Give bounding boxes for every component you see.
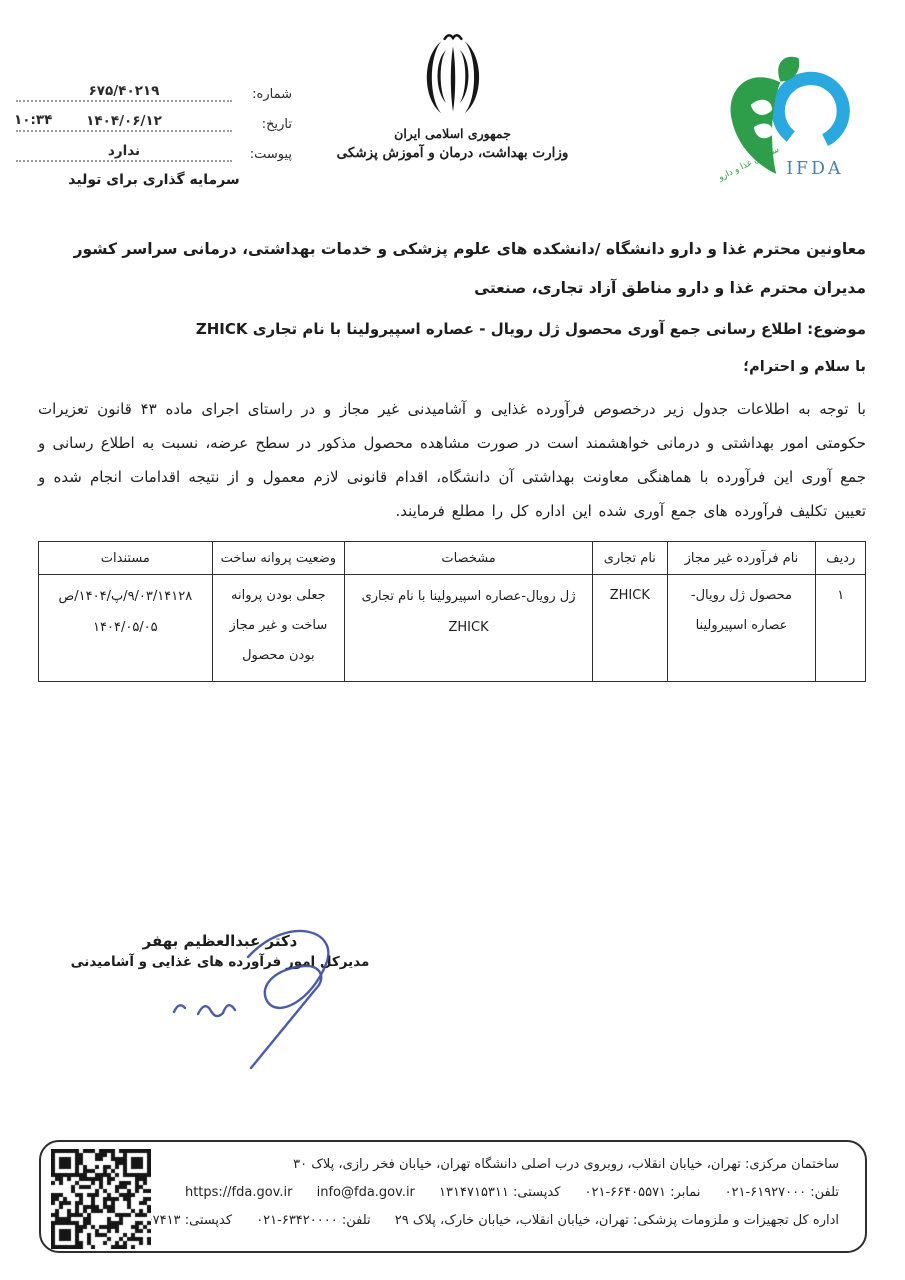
footer-url: https://fda.gov.ir (185, 1185, 293, 1200)
emblem-ministry-name: وزارت بهداشت، درمان و آموزش پزشکی (323, 145, 583, 161)
cell-radif: ۱ (816, 575, 866, 682)
qr-code (51, 1149, 151, 1249)
col-header-specs: مشخصات (345, 542, 593, 575)
footer-postal-label: کدپستی: (513, 1185, 560, 1200)
investment-slogan: سرمایه گذاری برای تولید (16, 172, 292, 188)
letter-time-value: ۱۰:۳۴ (14, 112, 52, 128)
letter-number-value: ۶۷۵/۴۰۲۱۹ (16, 83, 232, 102)
cell-specs-line2: ZHICK (349, 612, 588, 643)
col-header-radif: ردیف (816, 542, 866, 575)
cell-specs: ژل رویال-عصاره اسپیرولینا با نام تجاری Z… (345, 575, 593, 682)
footer-phone: تلفن: ۰۲۱-۶۱۹۲۷۰۰۰ (725, 1185, 839, 1200)
footer-equipment-address: اداره کل تجهیزات و ملزومات پزشکی: تهران،… (395, 1213, 839, 1228)
footer-fax-label: نمابر: (670, 1185, 700, 1200)
footer-address-line1: ساختمان مرکزی: تهران، خیابان انقلاب، روب… (159, 1151, 839, 1179)
ifda-caption-en: IFDA (786, 159, 843, 179)
ifda-logo: IFDA سازمان غذا و دارو (716, 52, 871, 184)
footer-phone-value: ۰۲۱-۶۱۹۲۷۰۰۰ (725, 1185, 807, 1200)
letter-number-label: شماره: (232, 87, 292, 102)
cell-brand: ZHICK (593, 575, 667, 682)
cell-product-name: محصول ژل رویال- عصاره اسپیرولینا (667, 575, 816, 682)
footer-address-line2: اداره کل تجهیزات و ملزومات پزشکی: تهران،… (159, 1207, 839, 1235)
footer-postal-value: ۱۳۱۴۷۱۵۳۱۱ (439, 1185, 509, 1200)
letter-page: شماره: ۶۷۵/۴۰۲۱۹ تاریخ: ۱۴۰۴/۰۶/۱۲ ۱۰:۳۴… (0, 0, 905, 1280)
col-header-documents: مستندات (39, 542, 213, 575)
table-header-row: ردیف نام فرآورده غیر مجاز نام تجاری مشخص… (39, 542, 866, 575)
ifda-logo-icon: IFDA سازمان غذا و دارو (716, 52, 871, 184)
recall-table: ردیف نام فرآورده غیر مجاز نام تجاری مشخص… (38, 541, 866, 682)
footer-box: ساختمان مرکزی: تهران، خیابان انقلاب، روب… (39, 1140, 867, 1253)
footer-contact-line: تلفن: ۰۲۱-۶۱۹۲۷۰۰۰ نمابر: ۰۲۱-۶۶۴۰۵۵۷۱ ک… (159, 1179, 839, 1207)
letter-attachment-value: ندارد (16, 143, 232, 162)
emblem-country-name: جمهوری اسلامی ایران (323, 126, 583, 141)
footer-fax: نمابر: ۰۲۱-۶۶۴۰۵۵۷۱ (585, 1185, 701, 1200)
cell-documents: ۹/۰۳/۱۴۱۲۸/پ/۱۴۰۴/ص ۱۴۰۴/۰۵/۰۵ (39, 575, 213, 682)
letter-number-row: شماره: ۶۷۵/۴۰۲۱۹ (16, 72, 292, 102)
footer-phone2-value: ۰۲۱-۶۳۴۲۰۰۰۰ (256, 1213, 338, 1228)
letter-date-label: تاریخ: (232, 117, 292, 132)
recipient-line-2: مدیران محترم غذا و دارو مناطق آزاد تجاری… (38, 279, 866, 297)
subject-line: موضوع: اطلاع رسانی جمع آوری محصول ژل روی… (38, 320, 866, 338)
cell-documents-line2: ۱۴۰۴/۰۵/۰۵ (43, 612, 208, 643)
footer-phone2-label: تلفن: (342, 1213, 371, 1228)
col-header-license-status: وضعیت پروانه ساخت (212, 542, 344, 575)
footer-fax-value: ۰۲۱-۶۶۴۰۵۵۷۱ (585, 1185, 667, 1200)
footer-postal2-label: کدپستی: (185, 1213, 232, 1228)
cell-specs-line1: ژل رویال-عصاره اسپیرولینا با نام تجاری (349, 581, 588, 612)
ministry-header: جمهوری اسلامی ایران وزارت بهداشت، درمان … (323, 28, 583, 161)
footer-phone2: تلفن: ۰۲۱-۶۳۴۲۰۰۰۰ (256, 1213, 370, 1228)
footer-phone-label: تلفن: (810, 1185, 839, 1200)
cell-documents-line1: ۹/۰۳/۱۴۱۲۸/پ/۱۴۰۴/ص (43, 581, 208, 612)
letter-attachment-row: پیوست: ندارد (16, 132, 292, 162)
signature-block: دکتر عبدالعظیم بهفر مدیرکل امور فرآورده … (52, 932, 388, 970)
iran-emblem-icon (410, 28, 496, 120)
letter-content: معاونین محترم غذا و دارو دانشگاه /دانشکد… (38, 240, 866, 682)
footer-email: info@fda.gov.ir (317, 1185, 415, 1200)
letter-date-row: تاریخ: ۱۴۰۴/۰۶/۱۲ ۱۰:۳۴ (16, 102, 292, 132)
signatory-title: مدیرکل امور فرآورده های غذایی و آشامیدنی (52, 954, 388, 970)
body-paragraph: با توجه به اطلاعات جدول زیر درخصوص فرآور… (38, 392, 866, 528)
letter-meta-block: شماره: ۶۷۵/۴۰۲۱۹ تاریخ: ۱۴۰۴/۰۶/۱۲ ۱۰:۳۴… (16, 72, 292, 188)
recipient-line-1: معاونین محترم غذا و دارو دانشگاه /دانشکد… (38, 240, 866, 258)
col-header-product-name: نام فرآورده غیر مجاز (667, 542, 816, 575)
col-header-brand: نام تجاری (593, 542, 667, 575)
cell-license-status: جعلی بودن پروانه ساخت و غیر مجاز بودن مح… (212, 575, 344, 682)
qr-code-wrap (51, 1149, 151, 1249)
signatory-name: دکتر عبدالعظیم بهفر (52, 932, 388, 950)
letter-attachment-label: پیوست: (232, 147, 292, 162)
table-row: ۱ محصول ژل رویال- عصاره اسپیرولینا ZHICK… (39, 575, 866, 682)
footer-postal: کدپستی: ۱۳۱۴۷۱۵۳۱۱ (439, 1185, 560, 1200)
salutation: با سلام و احترام؛ (38, 359, 866, 375)
